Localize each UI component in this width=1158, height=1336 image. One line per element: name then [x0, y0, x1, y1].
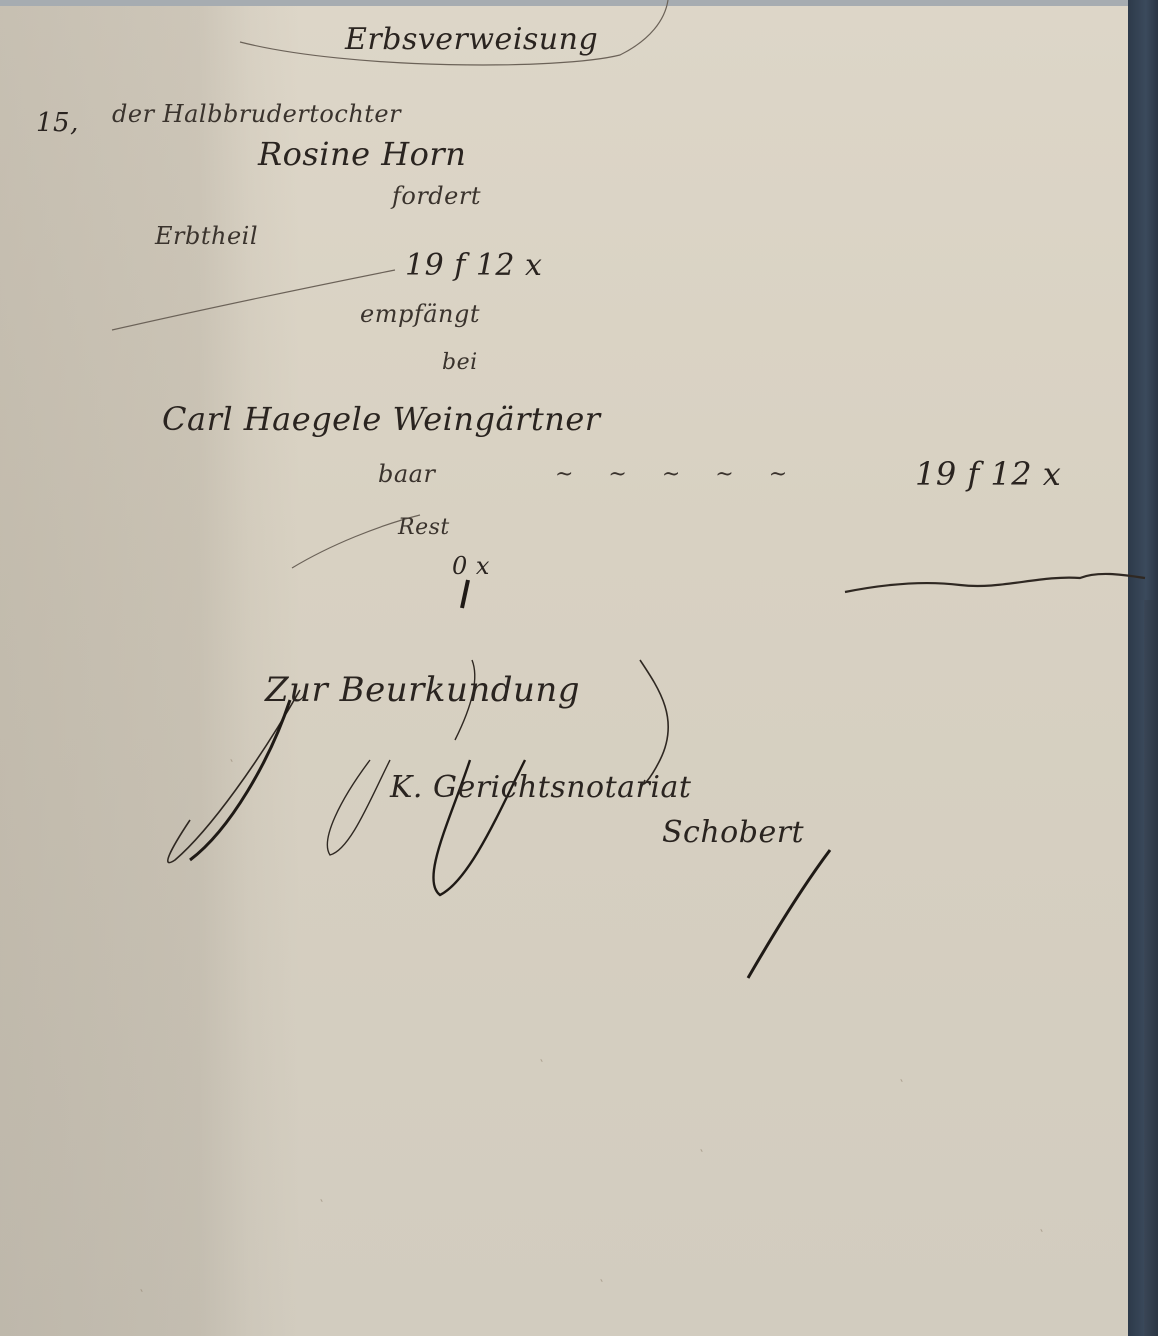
- decorative-pen-strokes: [0, 0, 1158, 1336]
- document-heading: Erbsverweisung: [345, 22, 598, 57]
- page-top-edge: [0, 0, 1158, 6]
- recipient-name: Carl Haegele Weingärtner: [162, 400, 601, 438]
- fordert-label: fordert: [392, 182, 481, 210]
- baar-dashes: ~ ~ ~ ~ ~: [555, 462, 801, 487]
- closing-notary-office: K. Gerichtsnotariat: [390, 770, 691, 805]
- entry-line-relation: der Halbbrudertochter: [112, 100, 401, 128]
- document-page: Erbsverweisung 15, der Halbbrudertochter…: [0, 0, 1158, 1336]
- baar-label: baar: [378, 460, 435, 488]
- heir-name: Rosine Horn: [258, 135, 466, 173]
- book-binding-shadow: [1144, 600, 1158, 1336]
- rest-label: Rest: [398, 515, 450, 540]
- entry-number: 15,: [36, 108, 79, 138]
- erbtheil-amount: 19 f 12 x: [405, 248, 542, 283]
- erbtheil-label: Erbtheil: [155, 222, 258, 250]
- empfaengt-label: empfängt: [360, 300, 480, 328]
- bei-label: bei: [442, 350, 478, 375]
- baar-amount: 19 f 12 x: [915, 455, 1061, 493]
- notary-signature: Schobert: [662, 815, 804, 850]
- rest-value: 0 x: [452, 552, 490, 580]
- closing-certification: Zur Beurkundung: [265, 670, 580, 710]
